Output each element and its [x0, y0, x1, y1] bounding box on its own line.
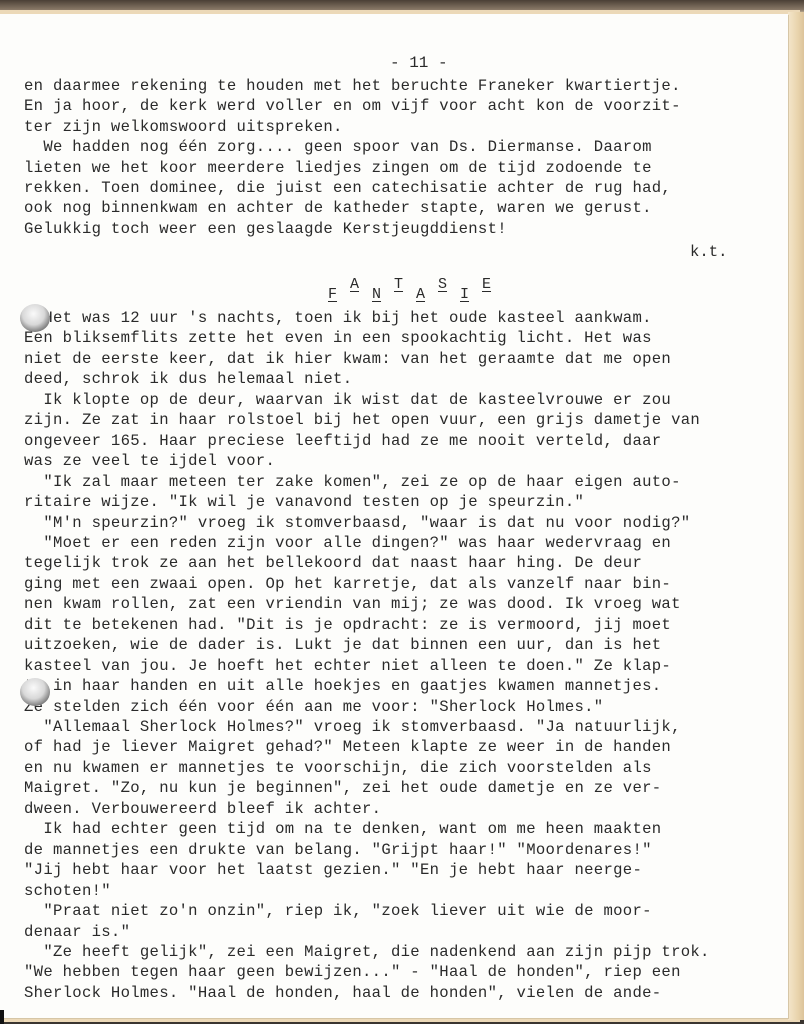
- title-letter: E: [482, 276, 491, 293]
- text-line: Ik klopte op de deur, waarvan ik wist da…: [24, 390, 671, 410]
- text-line: en nu kwamen er mannetjes te voorschijn,…: [24, 758, 652, 778]
- text-line: Een bliksemflits zette het even in een s…: [24, 328, 652, 348]
- text-line: nen kwam rollen, zat een vriendin van mi…: [24, 594, 681, 614]
- title-letter: S: [438, 276, 447, 293]
- text-line: ritaire wijze. "Ik wil je vanavond teste…: [24, 492, 584, 512]
- text-line: "Praat niet zo'n onzin", riep ik, "zoek …: [24, 901, 652, 921]
- text-line: de mannetjes een drukte van belang. "Gri…: [24, 840, 652, 860]
- text-line: dit te betekenen had. "Dit is je opdrach…: [24, 615, 671, 635]
- text-line: Gelukkig toch weer een geslaagde Kerstje…: [24, 219, 507, 239]
- text-line: Ze stelden zich één voor één aan me voor…: [24, 697, 603, 717]
- text-line: tegelijk trok ze aan het bellekoord dat …: [24, 553, 642, 573]
- text-line: lieten we het koor meerdere liedjes zing…: [24, 158, 652, 178]
- title-letter: A: [416, 286, 425, 303]
- scan-mark: [0, 1010, 4, 1024]
- text-line: en daarmee rekening te houden met het be…: [24, 76, 681, 96]
- text-line: ging met een zwaai open. Op het karretje…: [24, 574, 671, 594]
- text-line: of had je liever Maigret gehad?" Meteen …: [24, 737, 671, 757]
- text-line: "Ze heeft gelijk", zei een Maigret, die …: [24, 942, 710, 962]
- title-letter: F: [328, 286, 337, 303]
- text-line: We hadden nog één zorg.... geen spoor va…: [24, 137, 652, 157]
- text-line: zijn. Ze zat in haar rolstoel bij het op…: [24, 410, 700, 430]
- page-number: - 11 -: [390, 54, 448, 72]
- text-line: ook nog binnenkwam en achter de katheder…: [24, 198, 652, 218]
- text-line: Ik had echter geen tijd om na te denken,…: [24, 819, 661, 839]
- text-line: Het was 12 uur 's nachts, toen ik bij he…: [24, 308, 652, 328]
- text-line: "Ik zal maar meteen ter zake komen", zei…: [24, 472, 681, 492]
- title-letter: N: [372, 286, 381, 303]
- text-line: "M'n speurzin?" vroeg ik stomverbaasd, "…: [24, 513, 690, 533]
- text-line: rekken. Toen dominee, die juist een cate…: [24, 178, 671, 198]
- author-signature: k.t.: [690, 243, 727, 261]
- text-line: "Allemaal Sherlock Holmes?" vroeg ik sto…: [24, 717, 681, 737]
- text-line: te in haar handen en uit alle hoekjes en…: [24, 676, 661, 696]
- punch-hole-bottom: [20, 678, 50, 706]
- text-line: ter zijn welkomswoord uitspreken.: [24, 117, 343, 137]
- text-line: "We hebben tegen haar geen bewijzen..." …: [24, 962, 681, 982]
- title-letter: I: [460, 286, 469, 303]
- text-line: ongeveer 165. Haar preciese leeftijd had…: [24, 431, 661, 451]
- title-letter: T: [394, 276, 403, 293]
- text-line: Maigret. "Zo, nu kun je beginnen", zei h…: [24, 778, 661, 798]
- text-line: Sherlock Holmes. "Haal de honden, haal d…: [24, 983, 661, 1003]
- text-line: denaar is.": [24, 922, 130, 942]
- title-letter: A: [350, 276, 359, 293]
- document-page: - 11 - en daarmee rekening te houden met…: [0, 14, 788, 1018]
- text-line: En ja hoor, de kerk werd voller en om vi…: [24, 96, 681, 116]
- text-line: uitzoeken, wie de dader is. Lukt je dat …: [24, 635, 661, 655]
- page-edge: [788, 12, 804, 1020]
- text-line: dween. Verbouwereerd bleef ik achter.: [24, 799, 381, 819]
- text-line: "Jij hebt haar voor het laatst gezien." …: [24, 860, 642, 880]
- text-line: "Moet er een reden zijn voor alle dingen…: [24, 533, 671, 553]
- text-line: kasteel van jou. Je hoeft het echter nie…: [24, 656, 671, 676]
- text-line: schoten!": [24, 881, 111, 901]
- text-line: niet de eerste keer, dat ik hier kwam: v…: [24, 349, 671, 369]
- text-line: was ze veel te ijdel voor.: [24, 451, 275, 471]
- punch-hole-top: [20, 304, 50, 332]
- text-line: deed, schrok ik dus helemaal niet.: [24, 369, 352, 389]
